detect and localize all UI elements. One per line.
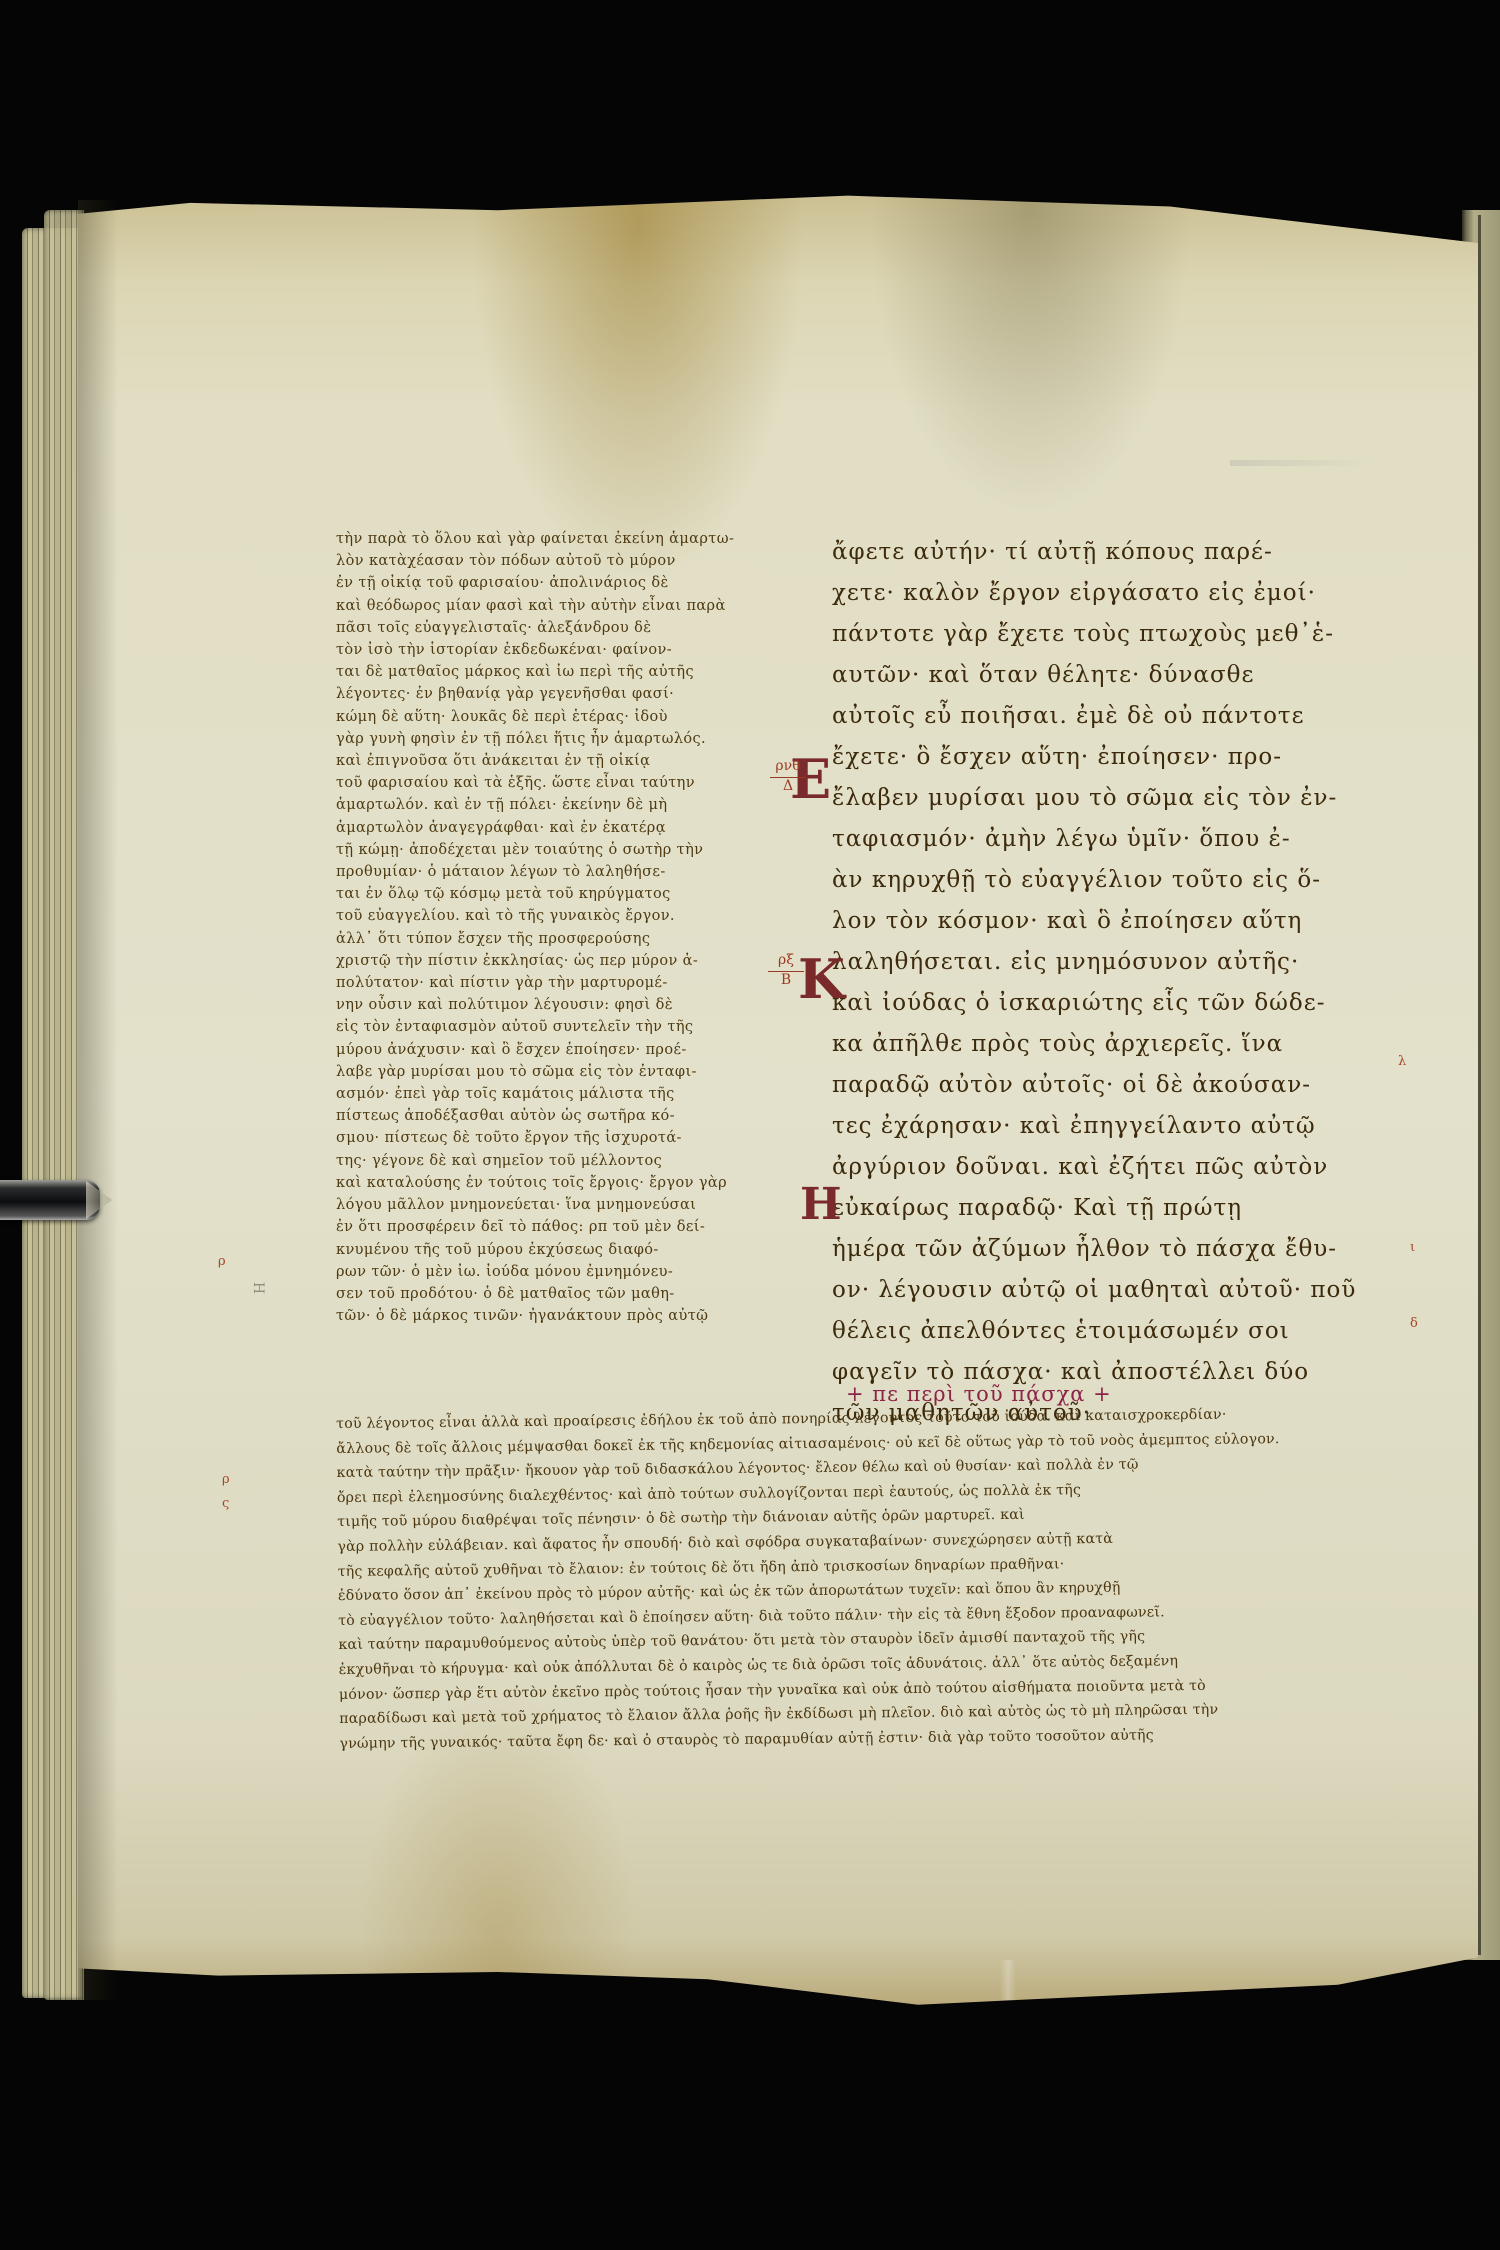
text-line: ἐν τῇ οἰκίᾳ τοῦ φαρισαίου· ἀπολινάριος δ… <box>336 572 776 594</box>
text-line: ασμόν· ἐπεὶ γὰρ τοῖς καμάτοις μάλιστα τῆ… <box>336 1083 776 1105</box>
text-line: ταφιασμόν· ἀμὴν λέγω ὑμῖν· ὅπου ἐ- <box>832 819 1372 860</box>
text-line: ἐν ὅτι προσφέρειν δεῖ τὸ πάθος: ρπ τοῦ μ… <box>336 1216 776 1238</box>
initial-kappa: Κ <box>798 952 845 1006</box>
text-line: ἁμαρτωλόν. καὶ ἐν τῇ πόλει· ἐκείνην δὲ μ… <box>336 794 776 816</box>
section-number-bottom: Β <box>768 971 804 988</box>
initial-eta: Η <box>800 1178 842 1232</box>
text-line: προθυμίαν· ὁ μάταιον λέγων τὸ λαληθήσε- <box>336 861 776 883</box>
gospel-text-column: ἄφετε αὐτήν· τί αὐτῇ κόπους παρέ-χετε· κ… <box>832 532 1372 1434</box>
text-line: ὰν κηρυχθῇ τὸ εὐαγγέλιον τοῦτο εἰς ὅ- <box>832 860 1372 901</box>
text-line: τὸν ἰσὸ τὴν ἱστορίαν ἐκδεδωκέναι· φαίνον… <box>336 639 776 661</box>
text-line: τοῦ φαρισαίου καὶ τὰ ἑξῆς. ὥστε εἶναι τα… <box>336 772 776 794</box>
margin-note: ρ <box>222 1472 230 1487</box>
section-number-top: ρνθ <box>775 758 800 774</box>
text-line: τὴν παρὰ τὸ ὅλου καὶ γὰρ φαίνεται ἐκείνη… <box>336 528 776 550</box>
margin-note: λ <box>1398 1054 1406 1069</box>
text-line: ἀλλ᾽ ὅτι τύπον ἔσχεν τῆς προσφερούσης <box>336 928 776 950</box>
text-line: ἁμαρτωλὸν ἀναγεγράφθαι· καὶ ἐν ἑκατέρᾳ <box>336 817 776 839</box>
text-line: σεν τοῦ προδότου· ὁ δὲ ματθαῖος τῶν μαθη… <box>336 1283 776 1305</box>
text-line: ἀργύριον δοῦναι. καὶ ἐζήτει πῶς αὐτὸν <box>832 1147 1372 1188</box>
text-line: της· γέγονε δὲ καὶ σημεῖον τοῦ μέλλοντος <box>336 1150 776 1172</box>
text-line: χριστῷ τὴν πίστιν ἐκκλησίας· ὡς περ μύρο… <box>336 950 776 972</box>
text-line: λόγου μᾶλλον μνημονεύεται· ἵνα μνημονεύσ… <box>336 1194 776 1216</box>
pencil-folio-mark: Η <box>250 1282 266 1294</box>
text-line: ἔλαβεν μυρίσαι μου τὸ σῶμα εἰς τὸν ἐν- <box>832 778 1372 819</box>
text-line: ται ἐν ὅλῳ τῷ κόσμῳ μετὰ τοῦ κηρύγματος <box>336 883 776 905</box>
text-line: καὶ καταλούσης ἐν τούτοις τοῖς ἔργοις· ἔ… <box>336 1172 776 1194</box>
text-line: λαληθήσεται. εἰς μνημόσυνον αὐτῆς· <box>832 942 1372 983</box>
text-line: καὶ ἐπιγνοῦσα ὅτι ἀνάκειται ἐν τῇ οἰκίᾳ <box>336 750 776 772</box>
text-line: πίστεως ἀποδέξασθαι αὐτὸν ὡς σωτῆρα κό- <box>336 1105 776 1127</box>
margin-note: ς <box>222 1496 229 1511</box>
lower-commentary-block: τοῦ λέγοντος εἶναι ἀλλὰ καὶ προαίρεσις ἐ… <box>336 1401 1400 1756</box>
margin-note: δ <box>1410 1316 1418 1331</box>
text-line: τῇ κώμῃ· ἀποδέχεται μὲν τοιαύτης ὁ σωτὴρ… <box>336 839 776 861</box>
ink-offset-ghost <box>1230 460 1370 466</box>
gutter-fold-line <box>1478 215 1481 1955</box>
text-line: λον τὸν κόσμον· καὶ ὃ ἐποίησεν αὕτη <box>832 901 1372 942</box>
section-number: ρνθ Δ <box>770 758 806 794</box>
text-line: εὐκαίρως παραδῷ· Καὶ τῇ πρώτῃ <box>832 1188 1372 1229</box>
text-line: κα ἀπῆλθε πρὸς τοὺς ἀρχιερεῖς. ἵνα <box>832 1024 1372 1065</box>
text-line: τοῦ εὐαγγελίου. καὶ τὸ τῆς γυναικὸς ἔργο… <box>336 905 776 927</box>
text-line: ον· λέγουσιν αὐτῷ οἱ μαθηταὶ αὐτοῦ· ποῦ <box>832 1270 1372 1311</box>
text-line: ἄφετε αὐτήν· τί αὐτῇ κόπους παρέ- <box>832 532 1372 573</box>
section-number-bottom: Δ <box>770 777 806 794</box>
text-line: αυτῶν· καὶ ὅταν θέλητε· δύνασθε <box>832 655 1372 696</box>
text-line: καὶ θεόδωρος μίαν φασὶ καὶ τὴν αὐτὴν εἶν… <box>336 595 776 617</box>
text-line: τες ἐχάρησαν· καὶ ἐπηγγείλαντο αὐτῷ <box>832 1106 1372 1147</box>
text-line: τῶν· ὁ δὲ μάρκος τινῶν· ἠγανάκτουν πρὸς … <box>336 1305 776 1327</box>
margin-note: ρ <box>218 1254 226 1269</box>
text-line: ἔχετε· ὃ ἔσχεν αὕτη· ἐποίησεν· προ- <box>832 737 1372 778</box>
text-line: πᾶσι τοῖς εὐαγγελισταῖς· ἀλεξάνδρου δὲ <box>336 617 776 639</box>
text-line: εἰς τὸν ἐνταφιασμὸν αὐτοῦ συντελεῖν τὴν … <box>336 1016 776 1038</box>
text-line: ἡμέρα τῶν ἀζύμων ἦλθον τὸ πάσχα ἔθυ- <box>832 1229 1372 1270</box>
text-line: παραδῷ αὐτὸν αὐτοῖς· οἱ δὲ ἀκούσαν- <box>832 1065 1372 1106</box>
text-line: κώμη δὲ αὕτη· λουκᾶς δὲ περὶ ἑτέρας· ἰδο… <box>336 706 776 728</box>
text-line: πολύτατον· καὶ πίστιν γὰρ τὴν μαρτυρομέ- <box>336 972 776 994</box>
parchment-cockle <box>1000 1960 1016 2000</box>
text-line: νην οὖσιν καὶ πολύτιμον λέγουσιν: φησὶ δ… <box>336 994 776 1016</box>
text-line: ται δὲ ματθαῖος μάρκος καὶ ἰω περὶ τῆς α… <box>336 661 776 683</box>
text-line: χετε· καλὸν ἔργον εἰργάσατο εἰς ἐμοί· <box>832 573 1372 614</box>
section-number-top: ρξ <box>778 952 794 968</box>
text-line: ρων τῶν· ὁ μὲν ἰω. ἰούδα μόνου ἐμνημόνευ… <box>336 1261 776 1283</box>
text-line: θέλεις ἀπελθόντες ἑτοιμάσωμέν σοι <box>832 1311 1372 1352</box>
chapter-title-rubric: + πε περὶ τοῦ πάσχα + <box>846 1382 1112 1406</box>
text-line: μύρου ἀνάχυσιν· καὶ ὃ ἔσχεν ἐποίησεν· πρ… <box>336 1039 776 1061</box>
text-line: λέγοντες· ἐν βηθανίᾳ γὰρ γεγενῆσθαι φασί… <box>336 683 776 705</box>
section-number: ρξ Β <box>768 952 804 988</box>
text-line: αὐτοῖς εὖ ποιῆσαι. ἐμὲ δὲ οὐ πάντοτε <box>832 696 1372 737</box>
margin-note: ι <box>1410 1240 1415 1255</box>
text-line: κνυμένου τῆς τοῦ μύρου ἐκχύσεως διαφό- <box>336 1239 776 1261</box>
text-line: λὸν κατὰχέασαν τὸν πόδων αὐτοῦ τὸ μύρον <box>336 550 776 572</box>
text-line: γὰρ γυνὴ φησὶν ἐν τῇ πόλει ἥτις ἦν ἁμαρτ… <box>336 728 776 750</box>
page-clip <box>0 1180 100 1220</box>
text-line: σμου· πίστεως δὲ τοῦτο ἔργον τῆς ἰσχυροτ… <box>336 1127 776 1149</box>
text-line: λαβε γὰρ μυρίσαι μου τὸ σῶμα εἰς τὸν ἐντ… <box>336 1061 776 1083</box>
commentary-column: τὴν παρὰ τὸ ὅλου καὶ γὰρ φαίνεται ἐκείνη… <box>336 528 776 1327</box>
manuscript-viewer: τὴν παρὰ τὸ ὅλου καὶ γὰρ φαίνεται ἐκείνη… <box>0 0 1500 2250</box>
text-line: καὶ ἰούδας ὁ ἰσκαριώτης εἷς τῶν δώδε- <box>832 983 1372 1024</box>
text-line: πάντοτε γὰρ ἔχετε τοὺς πτωχοὺς μεθ᾽ἑ- <box>832 614 1372 655</box>
